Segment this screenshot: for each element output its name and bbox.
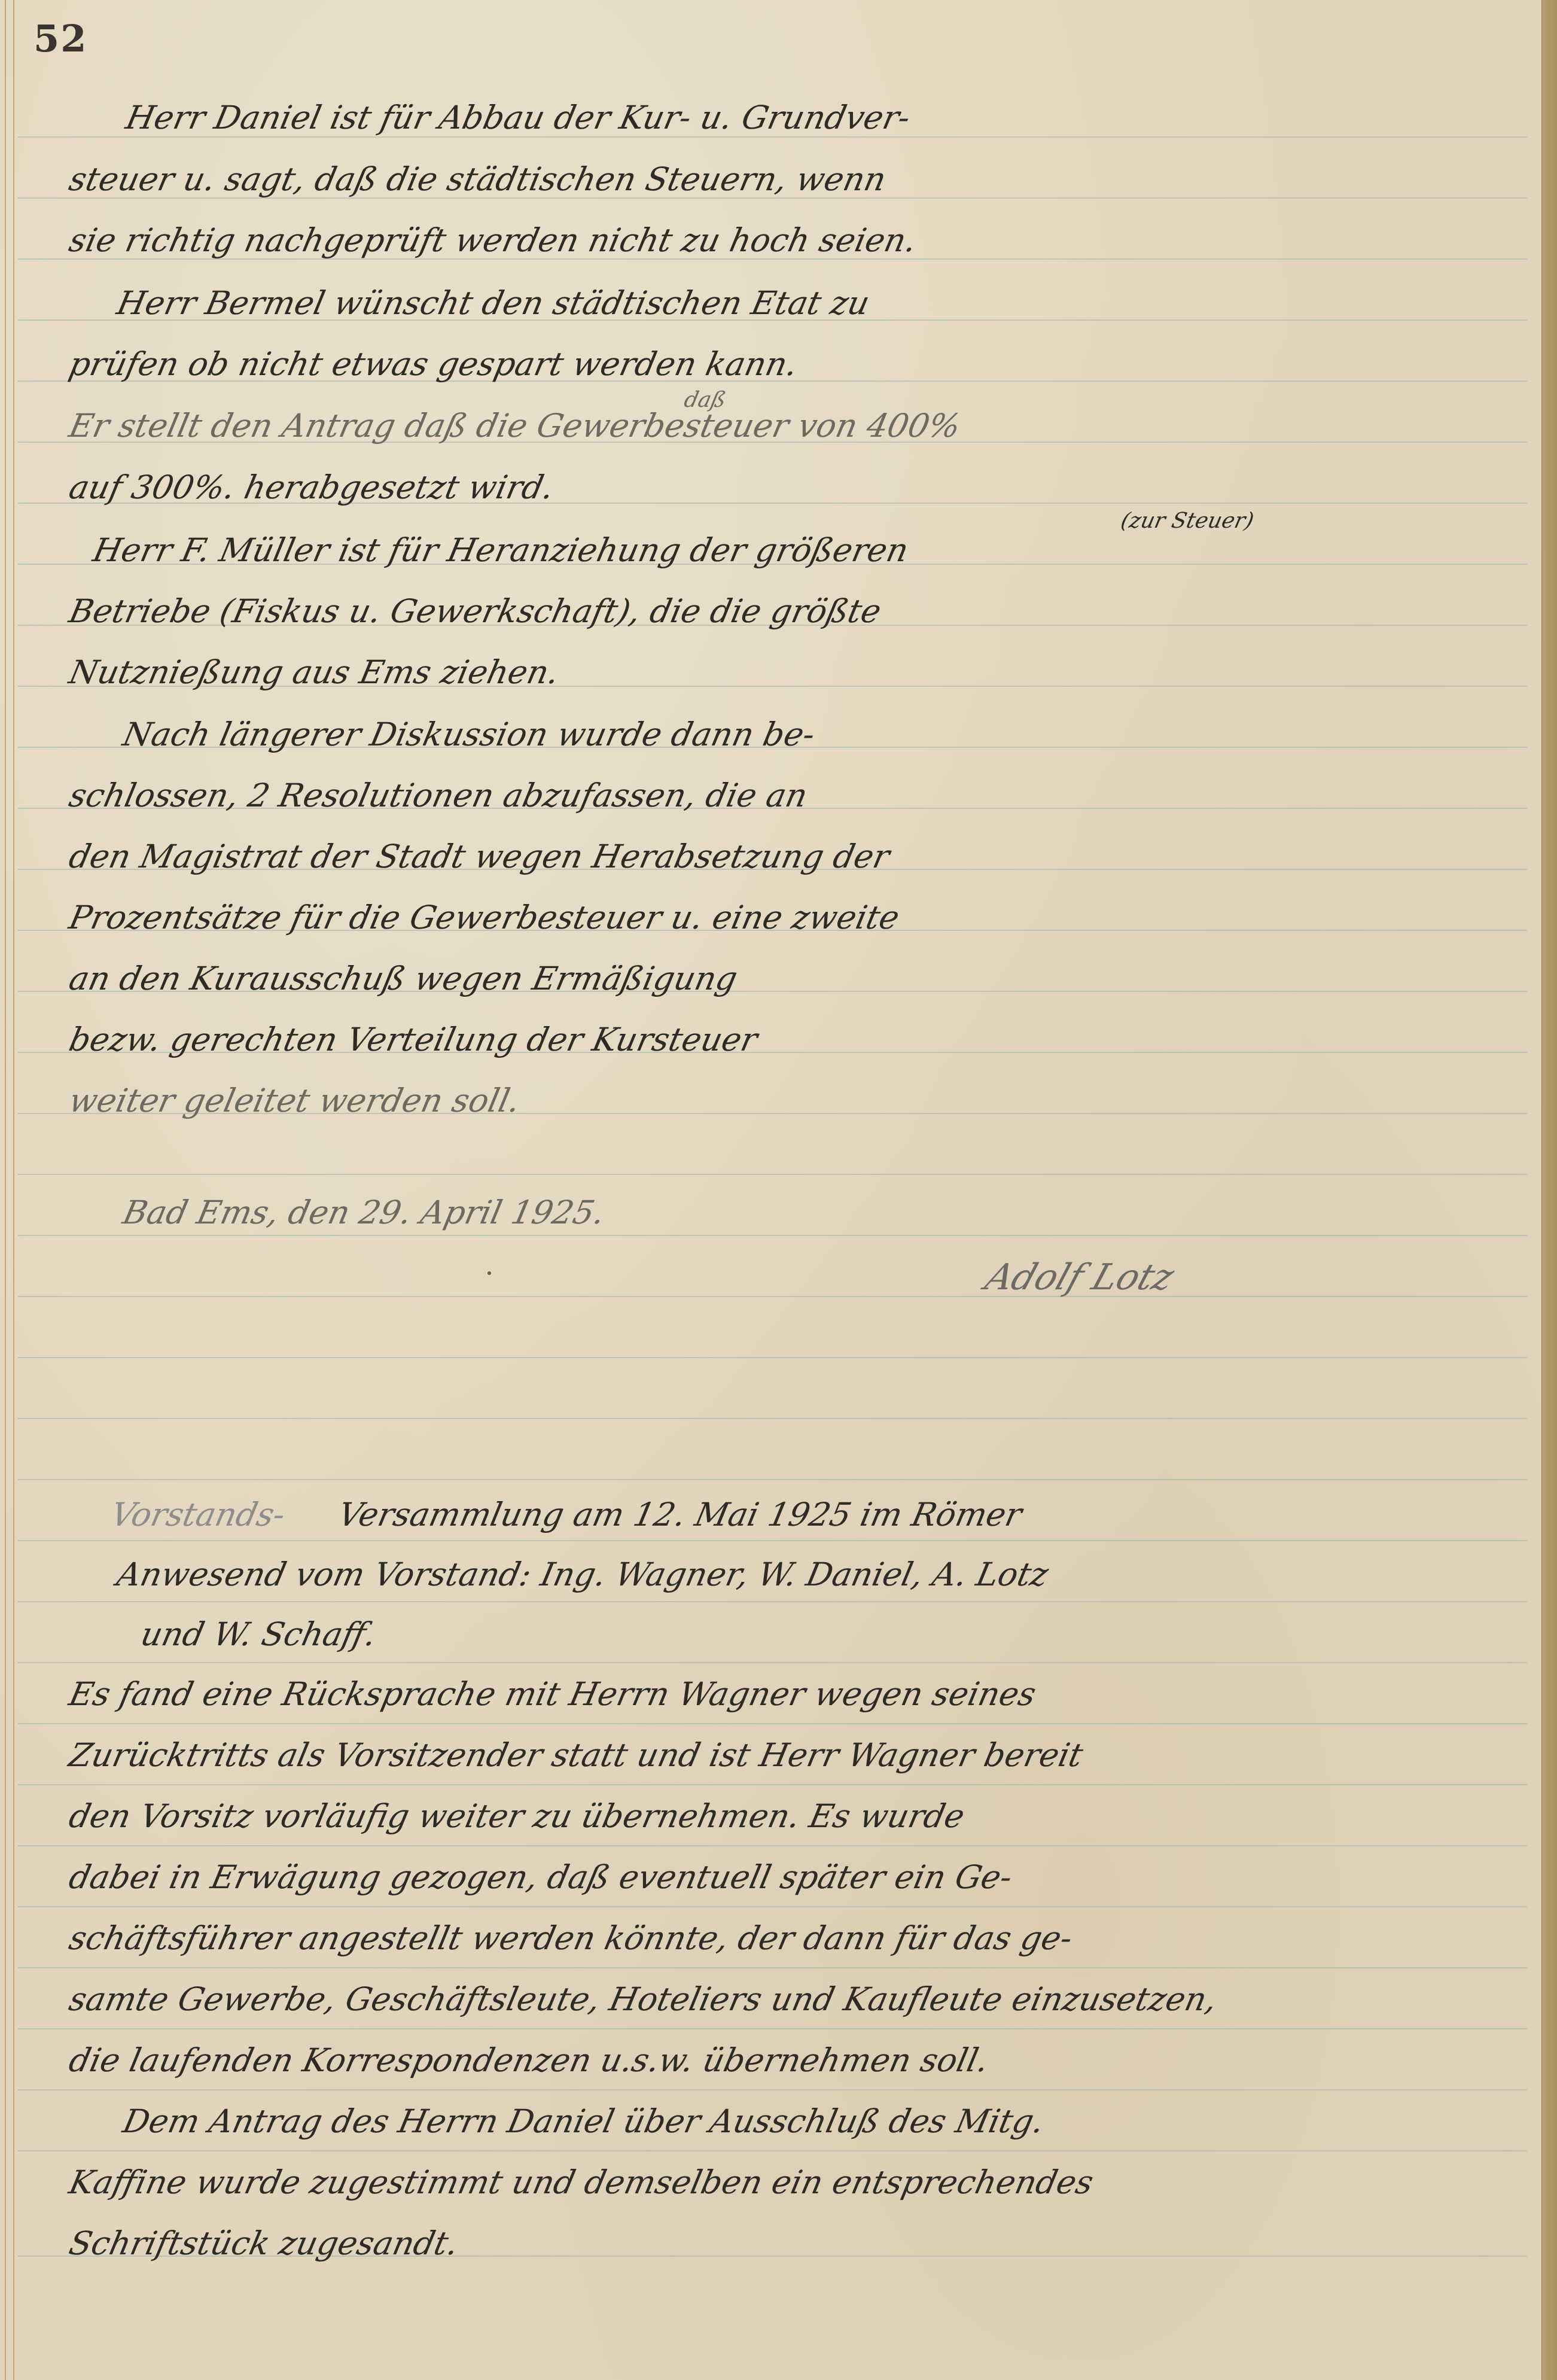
signature: Adolf Lotz [980, 1256, 1180, 1298]
ruled-line [18, 2150, 1527, 2151]
handwritten-line: Betriebe (Fiskus u. Gewerkschaft), die d… [66, 592, 885, 630]
ink-speck [487, 1271, 491, 1275]
handwritten-line: Herr F. Müller ist für Heranziehung der … [90, 531, 912, 569]
page-number: 52 [33, 17, 87, 60]
handwritten-line: schlossen, 2 Resolutionen abzufassen, di… [66, 777, 811, 814]
handwritten-line: dabei in Erwägung gezogen, daß eventuell… [66, 1858, 1016, 1896]
handwritten-line: Anwesend vom Vorstand: Ing. Wagner, W. D… [114, 1556, 1052, 1593]
handwritten-line: Er stellt den Antrag daß die Gewerbesteu… [66, 407, 964, 445]
ruled-line [18, 1967, 1527, 1968]
ruled-line [18, 1296, 1527, 1297]
ruled-line [18, 1784, 1527, 1785]
handwritten-line: den Vorsitz vorläufig weiter zu übernehm… [66, 1797, 968, 1835]
page-edge [1541, 0, 1557, 2380]
ruled-line [18, 1906, 1527, 1907]
entry-heading-prefix: Vorstands- [108, 1496, 289, 1533]
handwritten-line: Versammlung am 12. Mai 1925 im Römer [335, 1496, 1025, 1533]
handwritten-line: auf 300%. herabgesetzt wird. [66, 468, 557, 506]
handwritten-line: sie richtig nachgeprüft werden nicht zu … [66, 221, 920, 259]
handwritten-line: Dem Antrag des Herrn Daniel über Ausschl… [120, 2102, 1047, 2140]
ruled-line [18, 136, 1527, 138]
handwritten-line: an den Kurausschuß wegen Ermäßigung [66, 960, 741, 997]
handwritten-line: Es fand eine Rücksprache mit Herrn Wagne… [66, 1675, 1040, 1713]
handwritten-line: Herr Bermel wünscht den städtischen Etat… [114, 284, 873, 322]
ruled-line [18, 2028, 1527, 2029]
handwritten-line: den Magistrat der Stadt wegen Herabsetzu… [66, 838, 893, 875]
handwritten-line: prüfen ob nicht etwas gespart werden kan… [66, 345, 801, 383]
handwritten-line: weiter geleitet werden soll. [66, 1082, 523, 1119]
ruled-line [18, 1723, 1527, 1724]
handwritten-line: Zurücktritts als Vorsitzender statt und … [66, 1736, 1086, 1774]
insertion-zur-steuer: (zur Steuer) [1119, 509, 1256, 533]
ruled-line [18, 1540, 1527, 1541]
document-page: 52 Herr Daniel ist für Abbau der Kur- u.… [0, 0, 1542, 2380]
handwritten-line: Nach längerer Diskussion wurde dann be- [120, 716, 818, 753]
ruled-line [18, 1418, 1527, 1419]
margin-rule-inner [13, 0, 14, 2380]
ruled-line [18, 1174, 1527, 1175]
margin-rule-outer [5, 0, 6, 2380]
handwritten-line: Nutznießung aus Ems ziehen. [66, 653, 563, 691]
handwritten-line: Herr Daniel ist für Abbau der Kur- u. Gr… [123, 99, 913, 136]
handwritten-line: Schriftstück zugesandt. [66, 2224, 462, 2262]
ruled-line [18, 1662, 1527, 1663]
ruled-line [18, 1845, 1527, 1846]
handwritten-line: schäftsführer angestellt werden könnte, … [66, 1919, 1076, 1957]
handwritten-line: die laufenden Korrespondenzen u.s.w. übe… [66, 2041, 992, 2079]
handwritten-line: Kaffine wurde zugestimmt und demselben e… [66, 2163, 1097, 2201]
handwritten-line: und W. Schaff. [138, 1615, 380, 1653]
ruled-line [18, 1601, 1527, 1602]
handwritten-line: Prozentsätze für die Gewerbesteuer u. ei… [66, 899, 903, 936]
handwritten-line: steuer u. sagt, daß die städtischen Steu… [66, 160, 889, 198]
ruled-line [18, 1479, 1527, 1480]
ruled-line [18, 1235, 1527, 1236]
ruled-line [18, 1357, 1527, 1358]
handwritten-line: bezw. gerechten Verteilung der Kursteuer [66, 1021, 761, 1058]
handwritten-line: samte Gewerbe, Geschäftsleute, Hoteliers… [66, 1980, 1220, 2018]
ruled-line [18, 2089, 1527, 2090]
closing-date-line: Bad Ems, den 29. April 1925. [120, 1194, 608, 1231]
